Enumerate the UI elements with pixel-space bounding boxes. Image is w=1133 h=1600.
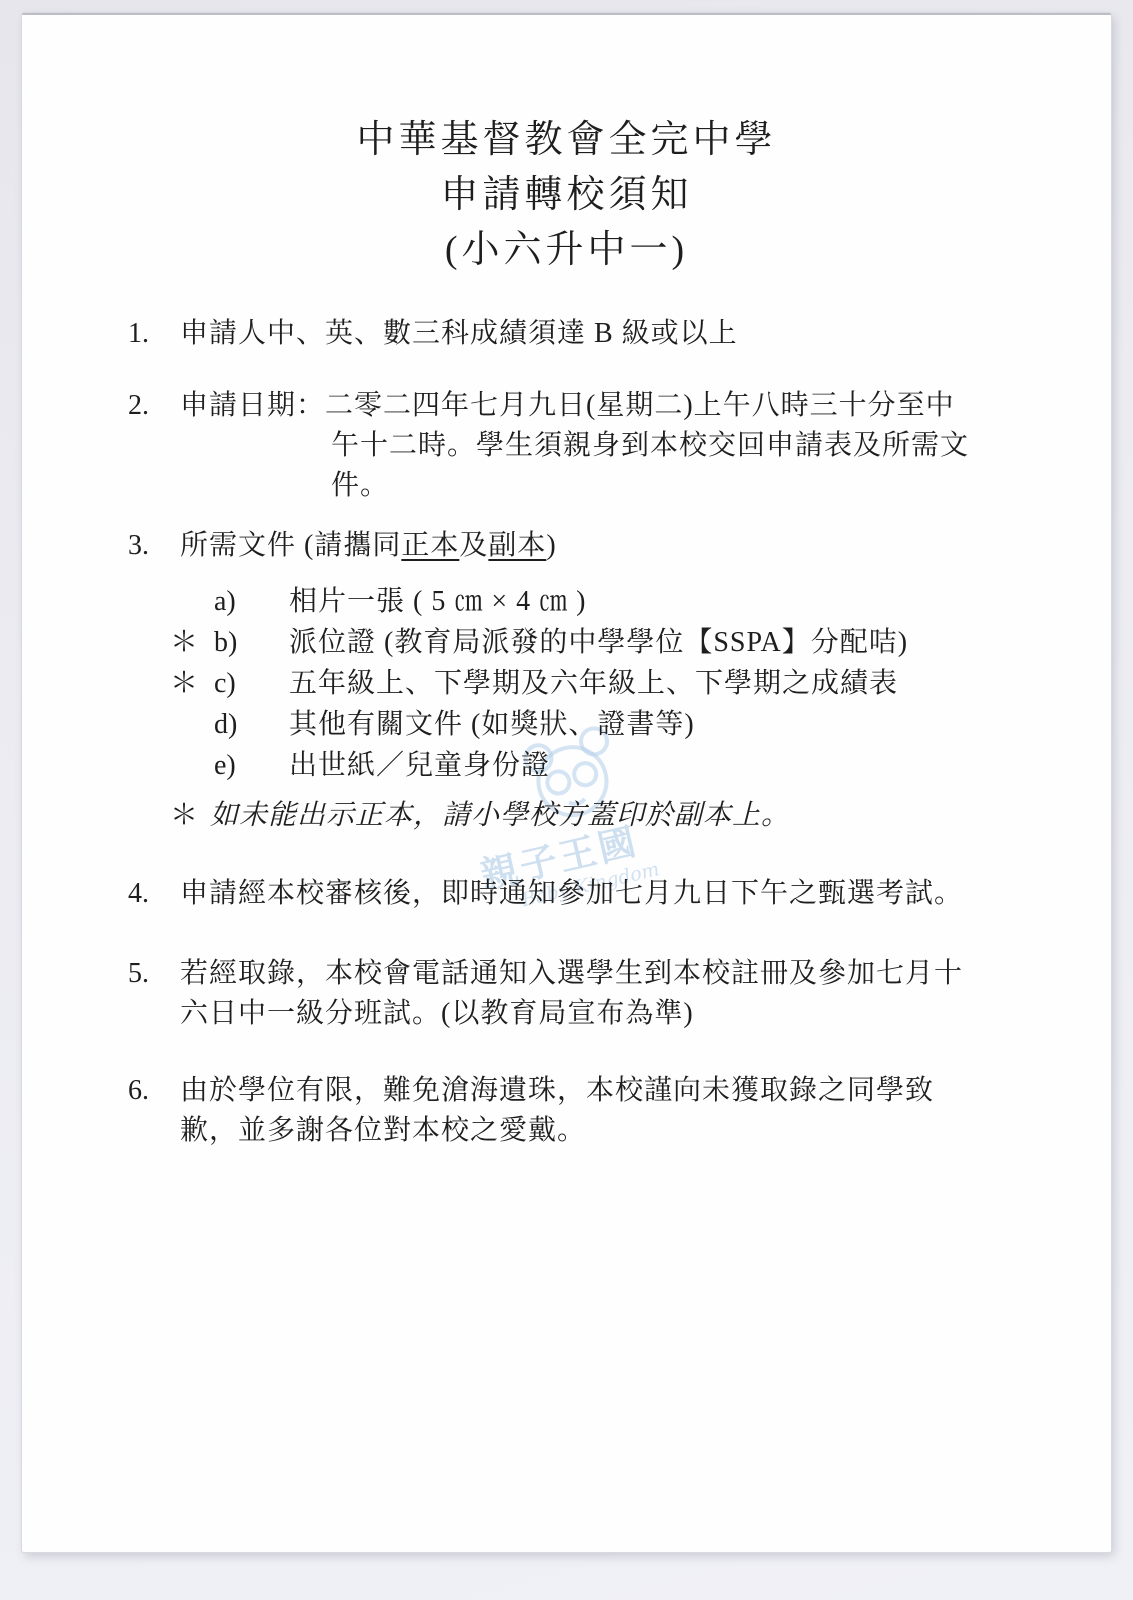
- item-2-line-3: 件。: [331, 466, 1008, 506]
- sub-item-e-text: 出世紙／兒童身份證: [289, 745, 1010, 786]
- asterisk-note: ＊ 如未能出示正本，請小學校方蓋印於副本上。: [170, 796, 1010, 836]
- item-3-number: 3.: [128, 526, 180, 566]
- sub-item-b-text: 派位證 (教育局派發的中學學位【SSPA】分配咭): [289, 622, 1010, 663]
- list-item-4: 4. 申請經本校審核後，即時通知參加七月九日下午之甄選考試。: [128, 874, 1008, 914]
- sub-item-e: e) 出世紙／兒童身份證: [170, 745, 1010, 786]
- item-1-text: 申請人中、英、數三科成績須達 B 級或以上: [180, 314, 1008, 354]
- item-3-heading: 所需文件 (請攜同正本及副本): [180, 526, 1008, 566]
- item-2-number: 2.: [128, 386, 180, 426]
- heading-segment-copy-underlined: 副本: [488, 530, 546, 561]
- title-line-level: (小六升中一): [22, 223, 1111, 278]
- item-6-number: 6.: [128, 1071, 180, 1111]
- required-documents-list: a) 相片一張 ( 5 ㎝ × 4 ㎝ ) ＊ b) 派位證 (教育局派發的中學…: [170, 581, 1010, 786]
- sub-item-c-marker: c): [214, 663, 289, 704]
- sub-item-b-star: ＊: [170, 622, 214, 663]
- list-item-2: 2. 申請日期：二零二四年七月九日(星期二)上午八時三十分至中 午十二時。學生須…: [128, 386, 1008, 506]
- sub-item-a-marker: a): [214, 581, 289, 622]
- document-page: 親子王國 Baby Kingdom 中華基督教會全完中學 申請轉校須知 (小六升…: [22, 13, 1111, 1552]
- list-item-5: 5. 若經取錄，本校會電話通知入選學生到本校註冊及參加七月十 六日中一級分班試。…: [128, 954, 1008, 1034]
- list-item-1: 1. 申請人中、英、數三科成績須達 B 級或以上: [128, 314, 1008, 354]
- title-line-school-name: 中華基督教會全完中學: [22, 113, 1111, 168]
- item-2-line-2: 午十二時。學生須親身到本校交回申請表及所需文: [331, 426, 1008, 466]
- item-6-line-1: 由於學位有限，難免滄海遺珠，本校謹向未獲取錄之同學致: [180, 1071, 1008, 1111]
- sub-item-b: ＊ b) 派位證 (教育局派發的中學學位【SSPA】分配咭): [170, 622, 1010, 663]
- heading-segment: 及: [459, 530, 488, 561]
- list-item-6: 6. 由於學位有限，難免滄海遺珠，本校謹向未獲取錄之同學致 歉，並多謝各位對本校…: [128, 1071, 1008, 1151]
- item-4-number: 4.: [128, 874, 180, 914]
- heading-segment: 所需文件 (請攜同: [180, 530, 401, 561]
- sub-item-d: d) 其他有關文件 (如獎狀、證書等): [170, 704, 1010, 745]
- item-5-line-1: 若經取錄，本校會電話通知入選學生到本校註冊及參加七月十: [180, 954, 1008, 994]
- sub-item-a: a) 相片一張 ( 5 ㎝ × 4 ㎝ ): [170, 581, 1010, 622]
- sub-item-e-marker: e): [214, 745, 289, 786]
- sub-item-b-marker: b): [214, 622, 289, 663]
- item-6-line-2: 歉，並多謝各位對本校之愛戴。: [180, 1111, 1008, 1151]
- item-5-line-2: 六日中一級分班試。(以教育局宣布為準): [180, 994, 1008, 1034]
- note-text: 如未能出示正本，請小學校方蓋印於副本上。: [210, 796, 790, 836]
- item-2-line-1: 申請日期：二零二四年七月九日(星期二)上午八時三十分至中: [180, 386, 1008, 426]
- sub-item-d-text: 其他有關文件 (如獎狀、證書等): [289, 704, 1010, 745]
- item-4-text: 申請經本校審核後，即時通知參加七月九日下午之甄選考試。: [180, 874, 1008, 914]
- title-line-notice-name: 申請轉校須知: [22, 168, 1111, 223]
- sub-item-c: ＊ c) 五年級上、下學期及六年級上、下學期之成績表: [170, 663, 1010, 704]
- sub-item-d-marker: d): [214, 704, 289, 745]
- heading-segment-original-underlined: 正本: [401, 530, 459, 561]
- list-item-3: 3. 所需文件 (請攜同正本及副本): [128, 526, 1008, 566]
- sub-item-c-star: ＊: [170, 663, 214, 704]
- heading-segment: ): [546, 530, 556, 561]
- item-5-number: 5.: [128, 954, 180, 994]
- document-title: 中華基督教會全完中學 申請轉校須知 (小六升中一): [22, 113, 1111, 278]
- sub-item-c-text: 五年級上、下學期及六年級上、下學期之成績表: [289, 663, 1010, 704]
- item-1-number: 1.: [128, 314, 180, 354]
- sub-item-a-text: 相片一張 ( 5 ㎝ × 4 ㎝ ): [289, 581, 1010, 622]
- note-star: ＊: [170, 796, 210, 836]
